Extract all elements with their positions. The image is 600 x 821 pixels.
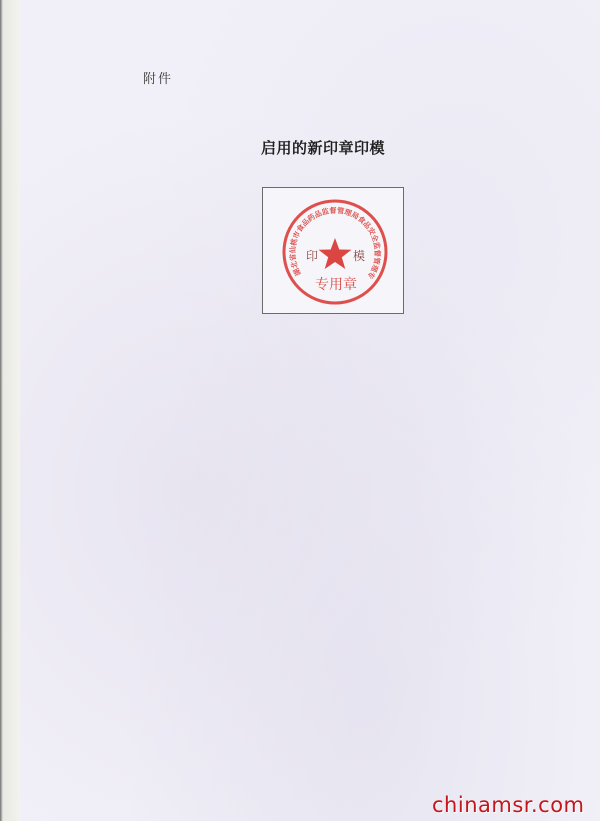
- scan-edge: [0, 0, 20, 821]
- seal-right-char: 模: [353, 248, 365, 263]
- document-page: [20, 0, 600, 821]
- seal-left-char: 印: [306, 249, 318, 263]
- document-title: 启用的新印章印模: [261, 137, 385, 158]
- attachment-label: 附件: [143, 68, 173, 87]
- site-watermark: chinamsr.com: [432, 793, 585, 817]
- star-icon: [319, 238, 352, 269]
- seal-bottom-text: 专用章: [315, 276, 357, 293]
- official-seal: 湖北省仙桃市食品药品监督管理局食品安全监督管理专用章 印 模 专用章: [281, 198, 389, 306]
